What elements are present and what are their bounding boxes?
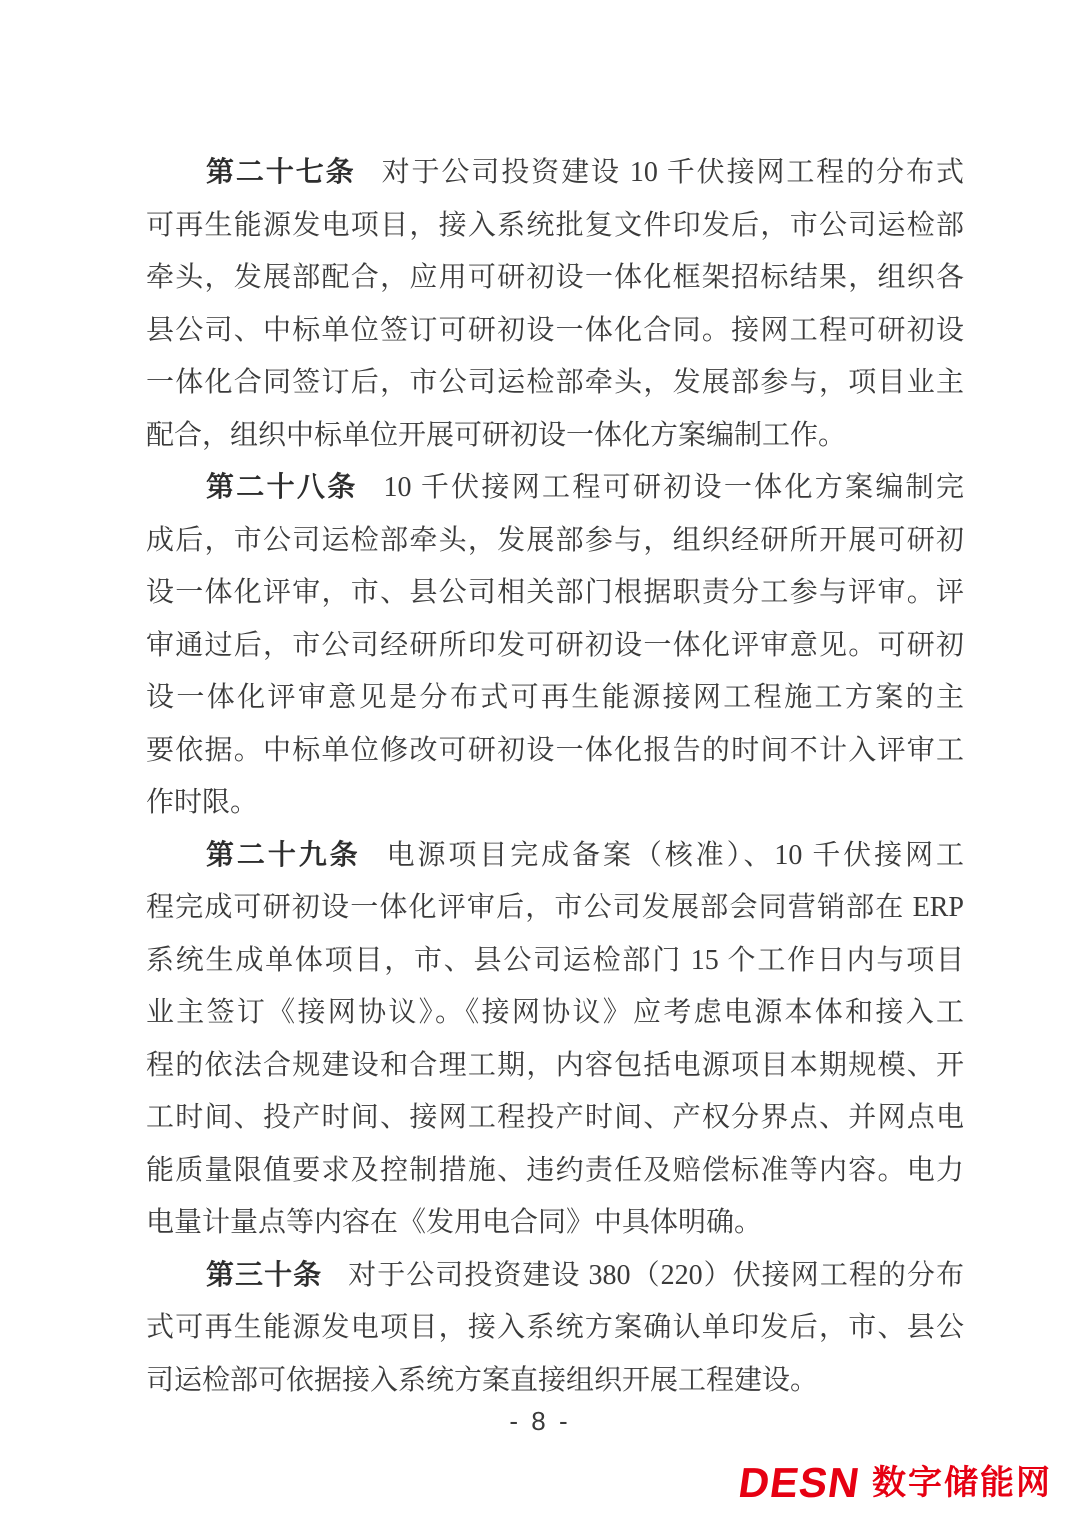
article-heading: 第三十条 xyxy=(206,1260,322,1291)
text-line: 成后，市公司运检部牵头，发展部参与，组织经研所开展可研初 xyxy=(146,515,964,568)
text-line: 第三十条对于公司投资建设 380（220）伏接网工程的分布 xyxy=(146,1250,964,1303)
text-line: 能质量限值要求及控制措施、违约责任及赔偿标准等内容。电力 xyxy=(146,1145,964,1198)
text-line: 第二十七条对于公司投资建设 10 千伏接网工程的分布式 xyxy=(146,147,964,200)
desn-logo-latin: DESN xyxy=(736,1462,863,1504)
text-line: 作时限。 xyxy=(146,777,964,830)
text-line: 设一体化评审意见是分布式可再生能源接网工程施工方案的主 xyxy=(146,672,964,725)
article-heading: 第二十八条 xyxy=(206,472,358,503)
text-line: 司运检部可依据接入系统方案直接组织开展工程建设。 xyxy=(146,1355,964,1408)
text-line: 牵头，发展部配合，应用可研初设一体化框架招标结果，组织各 xyxy=(146,252,964,305)
text-line: 可再生能源发电项目，接入系统批复文件印发后，市公司运检部 xyxy=(146,200,964,253)
text-line: 系统生成单体项目，市、县公司运检部门 15 个工作日内与项目 xyxy=(146,935,964,988)
text-line: 程完成可研初设一体化评审后，市公司发展部会同营销部在 ERP xyxy=(146,882,964,935)
text-line: 一体化合同签订后，市公司运检部牵头，发展部参与，项目业主 xyxy=(146,357,964,410)
desn-logo: DESN 数字储能网 xyxy=(739,1462,1052,1504)
desn-logo-chinese: 数字储能网 xyxy=(872,1466,1052,1500)
text-line: 工时间、投产时间、接网工程投产时间、产权分界点、并网点电 xyxy=(146,1092,964,1145)
document-page: 第二十七条对于公司投资建设 10 千伏接网工程的分布式可再生能源发电项目，接入系… xyxy=(0,0,1080,1527)
text-line: 设一体化评审，市、县公司相关部门根据职责分工参与评审。评 xyxy=(146,567,964,620)
article-heading: 第二十七条 xyxy=(206,157,356,188)
text-line: 式可再生能源发电项目，接入系统方案确认单印发后，市、县公 xyxy=(146,1302,964,1355)
text-line: 第二十八条10 千伏接网工程可研初设一体化方案编制完 xyxy=(146,462,964,515)
text-line: 电量计量点等内容在《发用电合同》中具体明确。 xyxy=(146,1197,964,1250)
text-line: 程的依法合规建设和合理工期，内容包括电源项目本期规模、开 xyxy=(146,1040,964,1093)
text-line: 审通过后，市公司经研所印发可研初设一体化评审意见。可研初 xyxy=(146,620,964,673)
text-line: 配合，组织中标单位开展可研初设一体化方案编制工作。 xyxy=(146,410,964,463)
page-number: - 8 - xyxy=(0,1406,1080,1437)
text-line: 第二十九条电源项目完成备案（核准）、10 千伏接网工 xyxy=(146,830,964,883)
article-heading: 第二十九条 xyxy=(206,840,361,871)
text-line: 要依据。中标单位修改可研初设一体化报告的时间不计入评审工 xyxy=(146,725,964,778)
text-line: 县公司、中标单位签订可研初设一体化合同。接网工程可研初设 xyxy=(146,305,964,358)
document-body: 第二十七条对于公司投资建设 10 千伏接网工程的分布式可再生能源发电项目，接入系… xyxy=(146,147,964,1407)
text-line: 业主签订《接网协议》。《接网协议》应考虑电源本体和接入工 xyxy=(146,987,964,1040)
